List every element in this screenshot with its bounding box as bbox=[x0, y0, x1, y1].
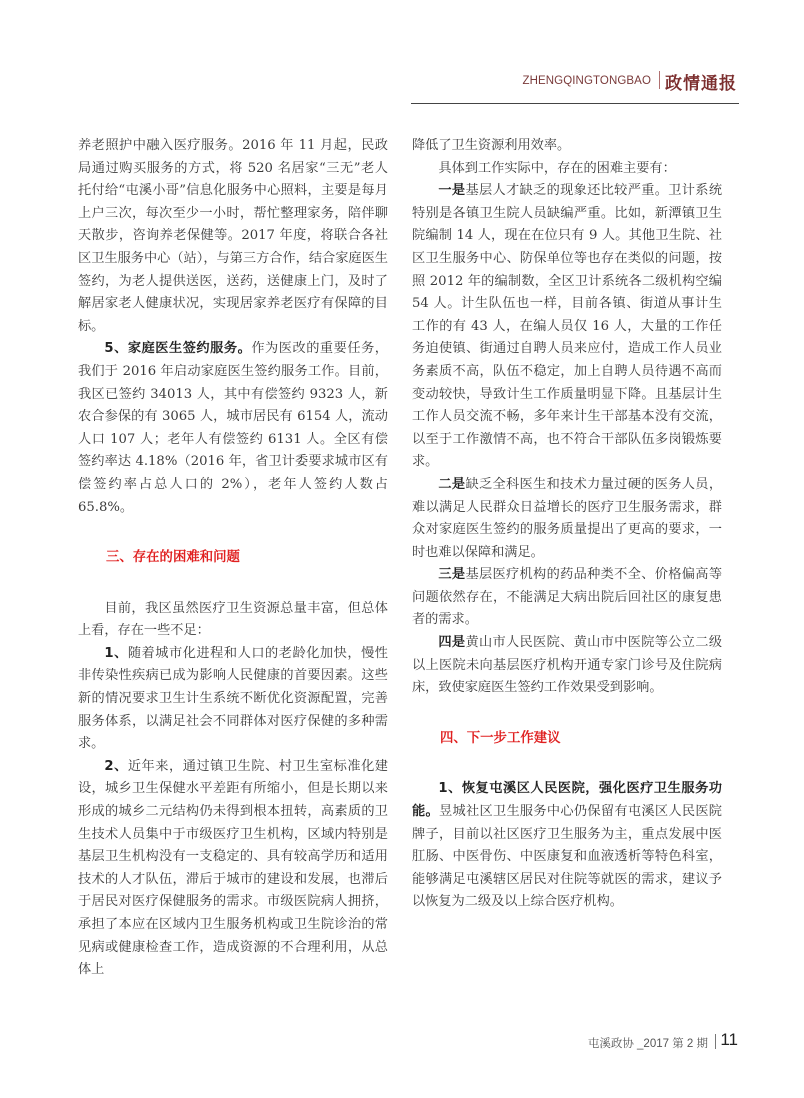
header-english-title: ZHENGQINGTONGBAO bbox=[522, 75, 651, 87]
subheading: 5、家庭医生签约服务。 bbox=[104, 341, 251, 356]
paragraph: 目前，我区虽然医疗卫生资源总量丰富，但总体上看，存在一些不足： bbox=[78, 598, 388, 643]
section-title-problems: 三、存在的困难和问题 bbox=[78, 547, 388, 570]
header-divider bbox=[659, 71, 660, 89]
page-footer: 屯溪政协 _2017 第 2 期 11 bbox=[560, 1030, 740, 1052]
page-number: 11 bbox=[720, 1030, 738, 1050]
publication-info: 屯溪政协 _2017 第 2 期 bbox=[588, 1035, 708, 1051]
paragraph: 5、家庭医生签约服务。作为医改的重要任务，我们于 2016 年启动家庭医生签约服… bbox=[78, 338, 388, 519]
paragraph: 1、恢复屯溪区人民医院，强化医疗卫生服务功能。昱城社区卫生服务中心仍保留有屯溪区… bbox=[412, 778, 722, 914]
paragraph: 二是缺乏全科医生和技术力量过硬的医务人员，难以满足人民群众日益增长的医疗卫生服务… bbox=[412, 474, 722, 564]
paragraph: 三是基层医疗机构的药品种类不全、价格偏高等问题依然存在，不能满足大病出院后回社区… bbox=[412, 564, 722, 632]
right-column: 降低了卫生资源利用效率。 具体到工作实际中，存在的困难主要有： 一是基层人才缺乏… bbox=[412, 135, 722, 914]
running-header: ZHENGQINGTONGBAO 政情通报 bbox=[515, 68, 739, 96]
left-column: 养老照护中融入医疗服务。2016 年 11 月起，民政局通过购买服务的方式，将 … bbox=[78, 135, 388, 982]
paragraph: 降低了卫生资源利用效率。 bbox=[412, 135, 722, 158]
paragraph: 四是黄山市人民医院、黄山市中医院等公立二级以上医院未向基层医疗机构开通专家门诊号… bbox=[412, 632, 722, 700]
paragraph: 具体到工作实际中，存在的困难主要有： bbox=[412, 158, 722, 181]
paragraph: 1、随着城市化进程和人口的老龄化加快，慢性非传染性疾病已成为影响人民健康的首要因… bbox=[78, 643, 388, 756]
section-title-suggestions: 四、下一步工作建议 bbox=[412, 728, 722, 751]
paragraph: 一是基层人才缺乏的现象还比较严重。卫计系统特别是各镇卫生院人员缺编严重。比如，新… bbox=[412, 180, 722, 474]
header-rule bbox=[411, 103, 739, 104]
paragraph: 2、近年来，通过镇卫生院、村卫生室标准化建设，城乡卫生保健水平差距有所缩小，但是… bbox=[78, 756, 388, 982]
header-chinese-title: 政情通报 bbox=[665, 69, 737, 94]
footer-divider bbox=[715, 1034, 716, 1049]
paragraph: 养老照护中融入医疗服务。2016 年 11 月起，民政局通过购买服务的方式，将 … bbox=[78, 135, 388, 338]
